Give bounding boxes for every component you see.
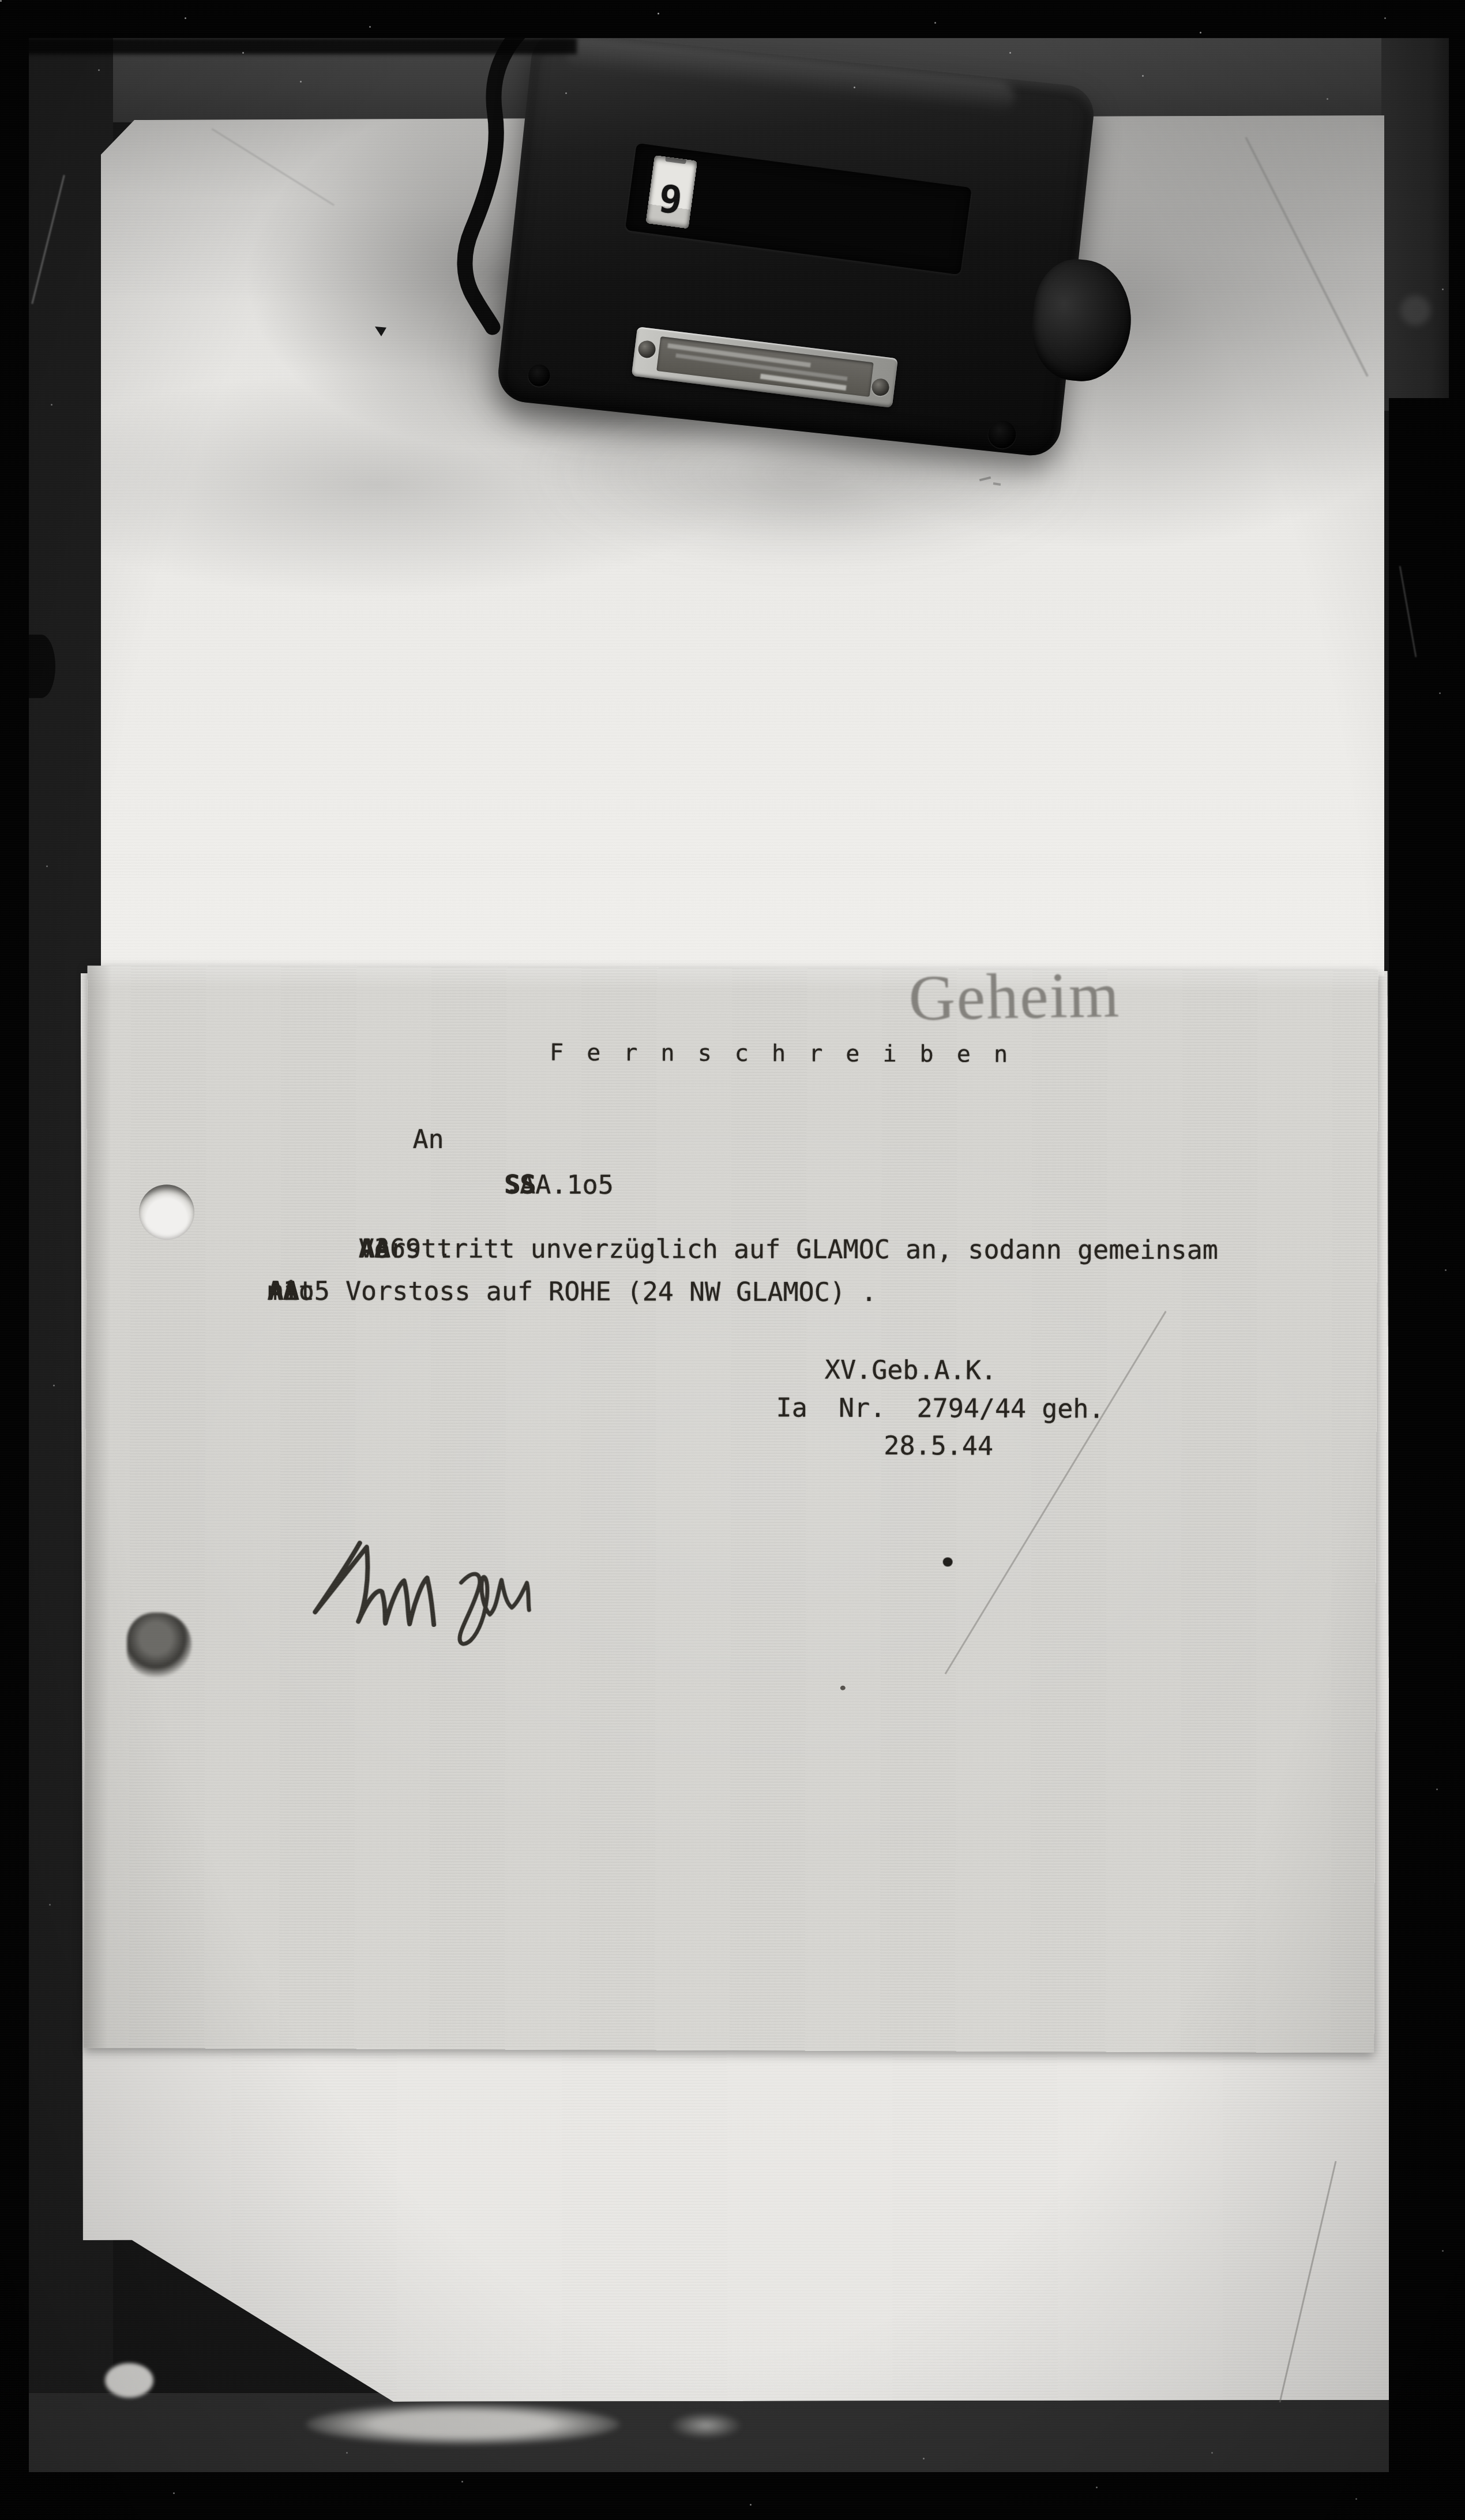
paper-scrap-highlight <box>669 2412 743 2439</box>
fold-notch <box>105 2363 153 2398</box>
secrecy-stamp: Geheim <box>908 963 1120 1031</box>
film-right-margin <box>1381 36 1452 411</box>
ink-dot <box>840 1686 846 1690</box>
unit-line: XV.Geb.A.K. <box>825 1357 997 1383</box>
body1-rest: 369 tritt unverzüglich auf GLAMOC an, so… <box>359 1236 1218 1263</box>
archival-photo: 0 0 0 5 8 9 Geheim F e r n s c h r e i b… <box>0 0 1465 2520</box>
screw-icon <box>637 340 656 359</box>
film-border-left <box>0 0 29 2520</box>
paper-scrap-highlight <box>306 2403 620 2445</box>
document-heading: F e r n s c h r e i b e n <box>550 1041 1012 1066</box>
recipient-rest: .AA.1o5 <box>504 1171 614 1198</box>
date-line: 28.5.44 <box>884 1432 993 1459</box>
counter-digit: 9 <box>646 155 697 228</box>
ink-dot <box>943 1557 953 1566</box>
page-counter-device: 0 0 0 5 8 9 <box>495 29 1096 459</box>
punch-hole <box>127 1612 191 1677</box>
reference-line: Ia Nr. 2794/44 geh. <box>776 1394 1105 1422</box>
film-border-bottom <box>0 2472 1465 2520</box>
salutation: An <box>412 1126 444 1152</box>
film-border-right-lower <box>1389 398 1465 2520</box>
film-edge-blob <box>27 635 55 698</box>
film-edge-blob <box>1400 295 1430 325</box>
telegram-document: Geheim F e r n s c h r e i b e n An SS.A… <box>83 966 1378 2053</box>
body2-rest: 1o5 Vorstoss auf ROHE (24 NW GLAMOC) . <box>267 1278 877 1305</box>
screw-icon <box>871 378 890 397</box>
film-bottom-strip <box>29 2393 1451 2485</box>
signature <box>299 1527 542 1661</box>
sheet-crease <box>83 966 1378 2053</box>
dust-speckles <box>0 0 2 2</box>
film-border-top-ledge <box>0 38 577 54</box>
punch-hole <box>139 1184 194 1240</box>
film-border-top <box>0 0 1465 38</box>
